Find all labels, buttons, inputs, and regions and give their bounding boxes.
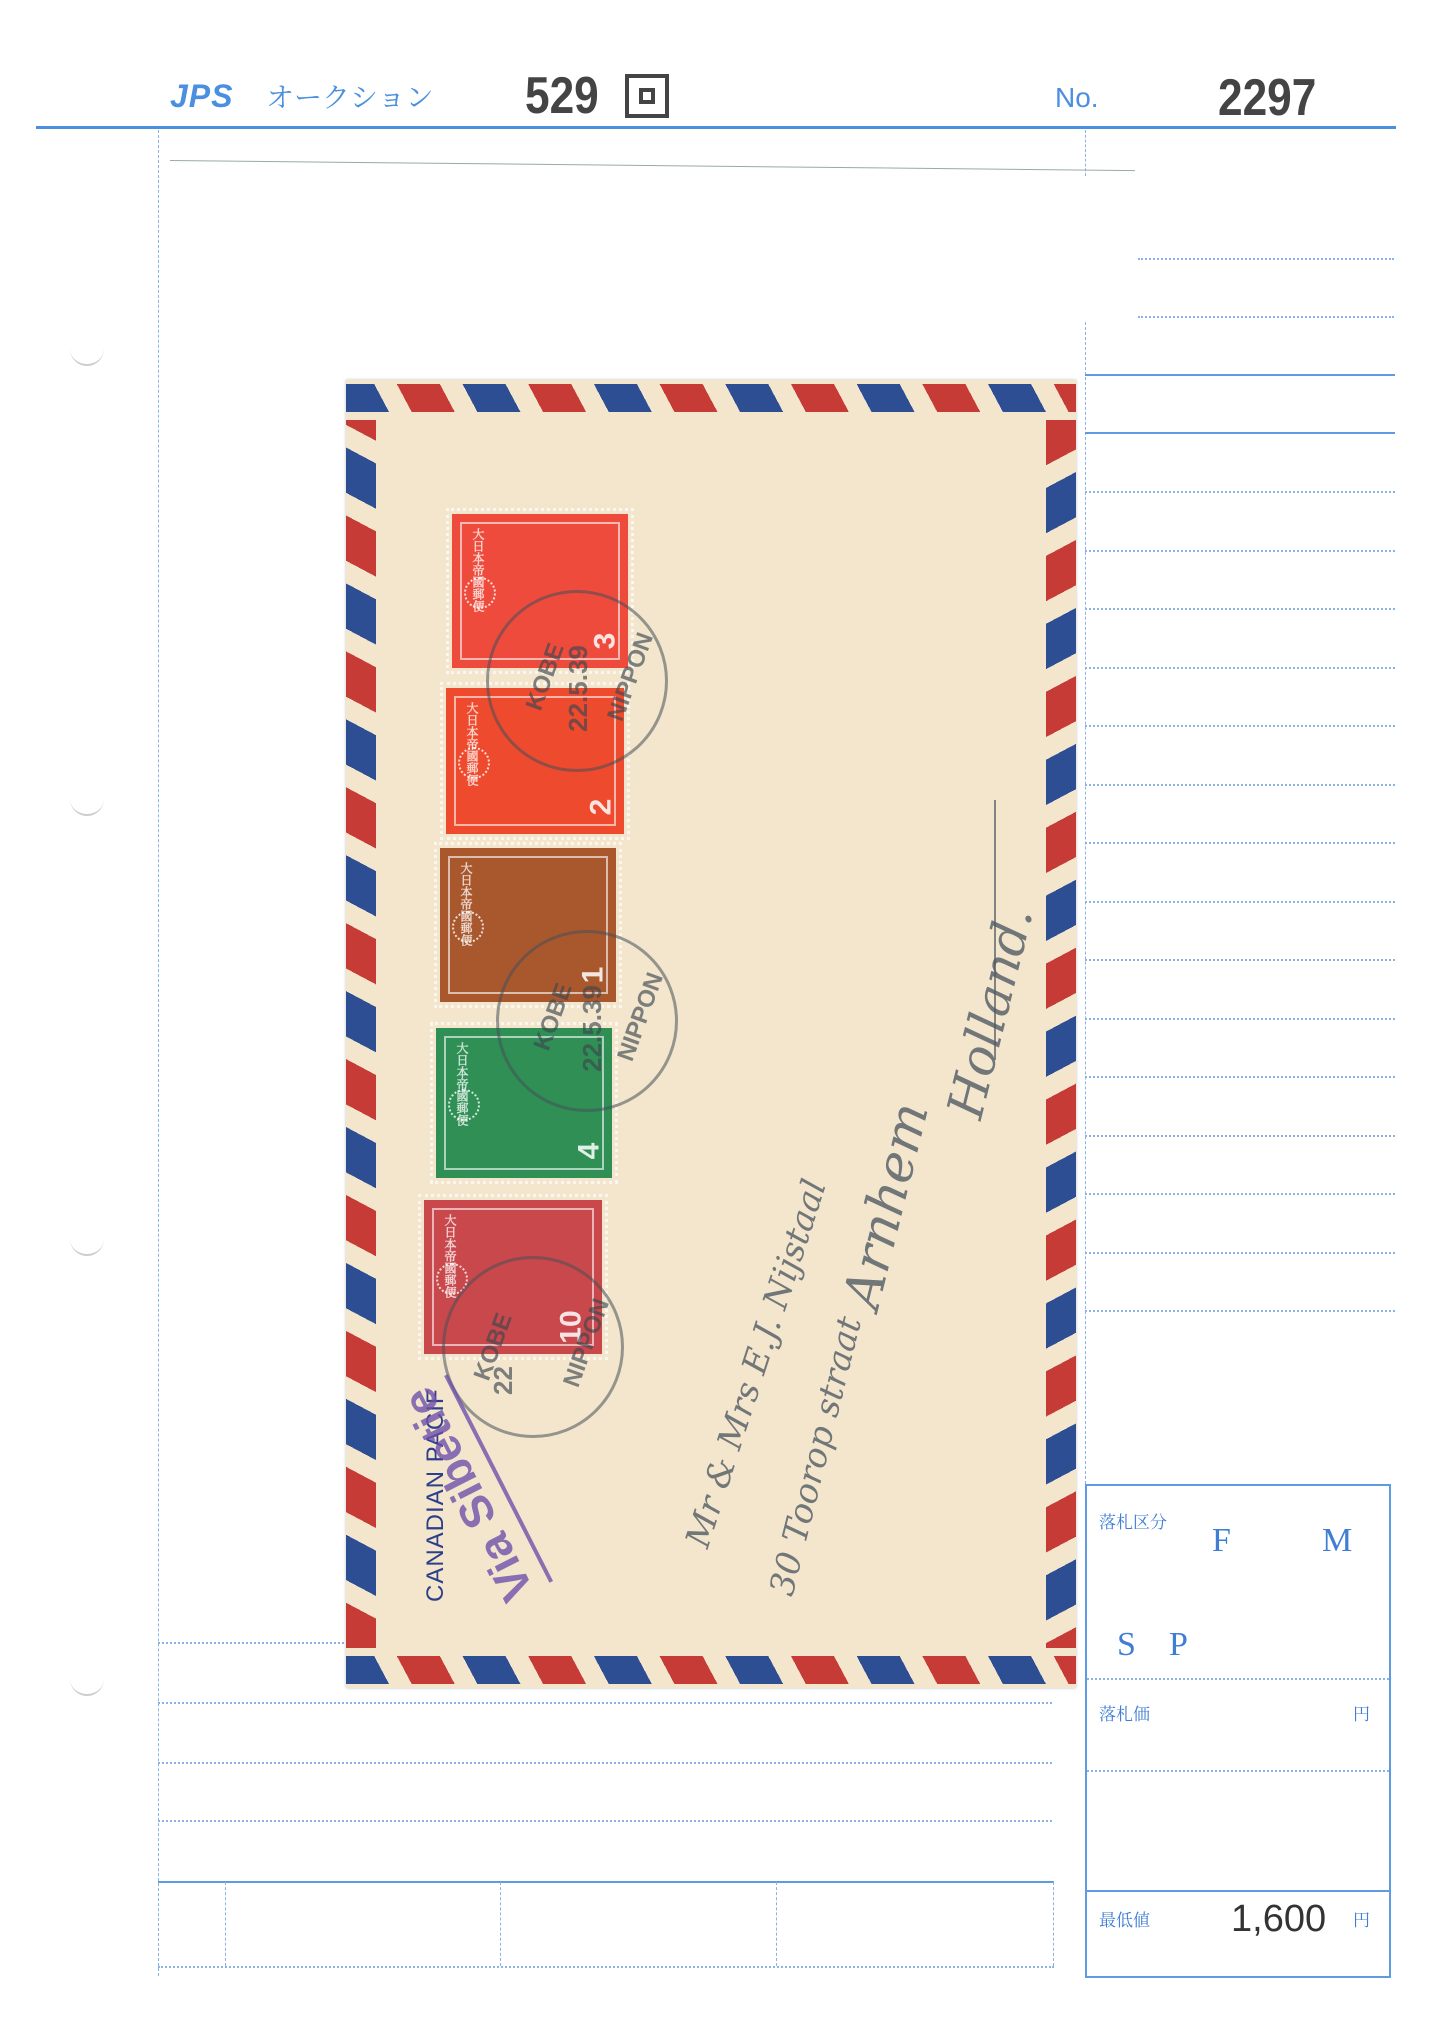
- header-rule: [36, 126, 1396, 129]
- binder-hole: [70, 1236, 104, 1256]
- auction-label: オークション: [266, 76, 433, 116]
- min-price-value: 1,600: [1231, 1898, 1326, 1941]
- auction-round-number: 529: [525, 66, 599, 126]
- bid-category-label: 落札区分: [1099, 1508, 1167, 1533]
- airmail-envelope: 大日本帝國郵便3大日本帝國郵便2大日本帝國郵便1大日本帝國郵便4大日本帝國郵便1…: [346, 380, 1076, 1688]
- postmark-kobe: KOBE 22.5.39 NIPPON: [486, 590, 668, 772]
- ruled-line: [1085, 1135, 1395, 1137]
- min-price-unit: 円: [1353, 1906, 1370, 1931]
- binder-hole: [70, 346, 104, 366]
- bid-divider-solid: [1087, 1890, 1389, 1892]
- ruled-line: [1085, 784, 1395, 786]
- stamp-value: 2: [585, 799, 619, 816]
- postmark-kobe: KOBE 22 NIPPON: [442, 1256, 624, 1438]
- lot-number-label: No.: [1055, 82, 1099, 114]
- stamp-inscription: 大日本帝國郵便: [454, 1042, 471, 1126]
- grade-s[interactable]: S: [1117, 1626, 1136, 1664]
- ruled-line: [158, 1762, 1052, 1764]
- cell-divider: [1053, 1882, 1054, 1966]
- binder-hole: [70, 796, 104, 816]
- ruled-line: [1085, 842, 1395, 844]
- bid-divider: [1087, 1678, 1389, 1680]
- address-line-3: Arnhem: [832, 1097, 941, 1315]
- bid-price-unit: 円: [1353, 1700, 1370, 1725]
- left-margin-line: [158, 130, 159, 1976]
- ruled-line: [1085, 1018, 1395, 1020]
- ruled-line: [1138, 316, 1394, 318]
- stamp-inscription: 大日本帝國郵便: [458, 862, 475, 946]
- postmark-kobe: KOBE 22.5.39 NIPPON: [496, 930, 678, 1112]
- cell-divider: [500, 1882, 501, 1966]
- ruled-line: [158, 1966, 1054, 1968]
- grade-m[interactable]: M: [1322, 1522, 1352, 1560]
- ruled-line: [1085, 667, 1395, 669]
- ruled-line: [1138, 258, 1394, 260]
- bid-divider: [1087, 1770, 1389, 1772]
- bid-panel: 落札区分 F M S P 落札価 円 最低値 1,600 円: [1085, 1484, 1391, 1978]
- jps-brand: JPS: [170, 78, 233, 115]
- ruled-line: [158, 1702, 1052, 1704]
- ruled-line: [1085, 1252, 1395, 1254]
- ruled-line: [1085, 1076, 1395, 1078]
- grade-f[interactable]: F: [1212, 1522, 1231, 1560]
- cell-divider: [225, 1882, 226, 1966]
- ruled-line: [158, 1642, 348, 1644]
- ruled-line: [158, 1820, 1052, 1822]
- ruled-line: [1085, 725, 1395, 727]
- title-underline: [170, 160, 1135, 171]
- stamp-inscription: 大日本帝國郵便: [442, 1214, 459, 1298]
- round-suffix-glyph: [625, 74, 669, 118]
- ruled-line: [1085, 550, 1395, 552]
- stamp-value: 4: [573, 1143, 607, 1160]
- ruled-line: [1085, 491, 1395, 493]
- ruled-line: [1085, 1310, 1395, 1312]
- ruled-line-solid: [1085, 432, 1395, 434]
- ruled-line: [1085, 608, 1395, 610]
- ruled-line-solid: [158, 1881, 1054, 1883]
- stamp-inscription: 大日本帝國郵便: [470, 528, 487, 612]
- address-underline: [994, 800, 996, 1060]
- stamp-inscription: 大日本帝國郵便: [464, 702, 481, 786]
- min-price-label: 最低値: [1099, 1906, 1150, 1931]
- ruled-line-solid: [1085, 374, 1395, 376]
- bid-price-label: 落札価: [1099, 1700, 1150, 1725]
- ruled-line: [1085, 901, 1395, 903]
- lot-number: 2297: [1218, 68, 1316, 128]
- airmail-border-right: [1046, 420, 1076, 1648]
- grade-p[interactable]: P: [1169, 1626, 1188, 1664]
- ruled-line: [1085, 1193, 1395, 1195]
- address-line-4: Holland.: [936, 901, 1044, 1124]
- airmail-border-top: [346, 384, 1076, 412]
- airmail-border-left: [346, 420, 376, 1648]
- cell-divider: [776, 1882, 777, 1966]
- ruled-line: [1085, 959, 1395, 961]
- airmail-border-bottom: [346, 1656, 1076, 1684]
- binder-hole: [70, 1676, 104, 1696]
